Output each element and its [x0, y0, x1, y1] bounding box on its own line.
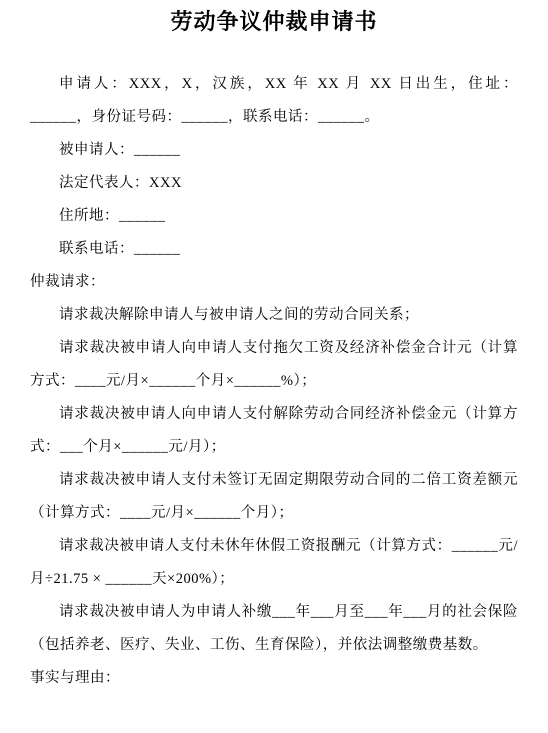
respondent-line: 被申请人：______	[30, 134, 518, 167]
claim-severance-compensation: 请求裁决被申请人向申请人支付解除劳动合同经济补偿金元（计算方式：___个月×__…	[30, 398, 518, 464]
facts-reasons-heading: 事实与理由：	[30, 662, 518, 695]
arbitration-claims-heading: 仲裁请求：	[30, 266, 518, 299]
legal-representative-line: 法定代表人：XXX	[30, 167, 518, 200]
claim-annual-leave-pay: 请求裁决被申请人支付未休年休假工资报酬元（计算方式：______元/月÷21.7…	[30, 530, 518, 596]
claim-double-wage-difference: 请求裁决被申请人支付未签订无固定期限劳动合同的二倍工资差额元（计算方式：____…	[30, 464, 518, 530]
arbitration-application-document: 劳动争议仲裁申请书 申请人：XXX，X，汉族，XX 年 XX 月 XX 日出生，…	[0, 0, 548, 733]
domicile-line: 住所地：______	[30, 200, 518, 233]
claim-social-insurance: 请求裁决被申请人为申请人补缴___年___月至___年___月的社会保险（包括养…	[30, 596, 518, 662]
applicant-info-paragraph: 申请人：XXX，X，汉族，XX 年 XX 月 XX 日出生，住址：______，…	[30, 68, 518, 134]
claim-unpaid-wages: 请求裁决被申请人向申请人支付拖欠工资及经济补偿金合计元（计算方式：____元/月…	[30, 332, 518, 398]
contact-phone-line: 联系电话：______	[30, 233, 518, 266]
document-title: 劳动争议仲裁申请书	[30, 4, 518, 40]
claim-terminate-contract: 请求裁决解除申请人与被申请人之间的劳动合同关系；	[30, 299, 518, 332]
